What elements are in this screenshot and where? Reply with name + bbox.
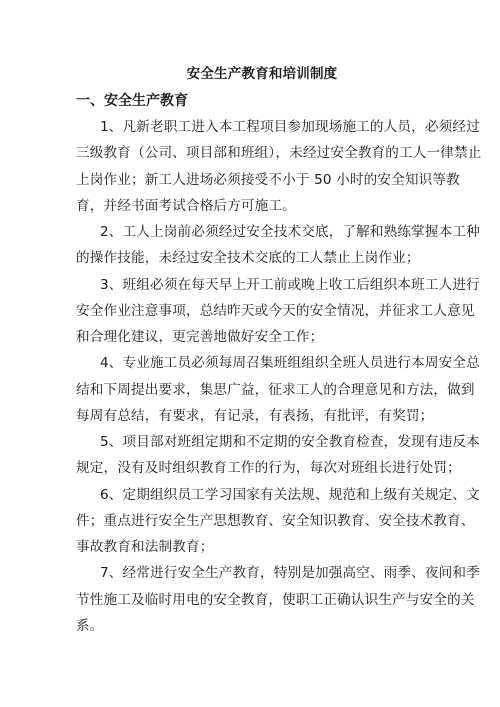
document-body: 1、凡新老职工进入本工程项目参加现场施工的人员，必须经过 三级教育（公司、项目部… [76, 117, 424, 642]
paragraph-line: 和合理化建议，更完善地做好安全工作； [76, 327, 424, 353]
paragraph-line: 事故教育和法制教育； [76, 537, 424, 563]
paragraph-1: 1、凡新老职工进入本工程项目参加现场施工的人员，必须经过 三级教育（公司、项目部… [76, 117, 424, 222]
paragraph-line: 规定，没有及时组织教育工作的行为，每次对班组长进行处罚； [76, 458, 424, 484]
paragraph-7: 7、经常进行安全生产教育，特别是加强高空、雨季、夜间和季 节性施工及临时用电的安… [76, 563, 424, 642]
paragraph-line: 每周有总结，有要求，有记录，有表扬，有批评，有奖罚； [76, 406, 424, 432]
document-title: 安全生产教育和培训制度 [0, 65, 500, 83]
paragraph-line: 育，并经书面考试合格后方可施工。 [76, 196, 424, 222]
paragraph-line: 4、专业施工员必须每周召集班组组织全班人员进行本周安全总 [76, 353, 424, 379]
paragraph-3: 3、班组必须在每天早上开工前或晚上收工后组织本班工人进行 安全作业注意事项，总结… [76, 275, 424, 354]
paragraph-line: 结和下周提出要求，集思广益，征求工人的合理意见和方法，做到 [76, 380, 424, 406]
paragraph-line: 节性施工及临时用电的安全教育，使职工正确认识生产与安全的关 [76, 590, 424, 616]
paragraph-line: 安全作业注意事项，总结昨天或今天的安全情况，并征求工人意见 [76, 301, 424, 327]
paragraph-line: 系。 [76, 616, 424, 642]
paragraph-line: 3、班组必须在每天早上开工前或晚上收工后组织本班工人进行 [76, 275, 424, 301]
paragraph-line: 的操作技能，未经过安全技术交底的工人禁止上岗作业； [76, 248, 424, 274]
paragraph-line: 1、凡新老职工进入本工程项目参加现场施工的人员，必须经过 [76, 117, 424, 143]
paragraph-line: 7、经常进行安全生产教育，特别是加强高空、雨季、夜间和季 [76, 563, 424, 589]
paragraph-line: 2、工人上岗前必须经过安全技术交底，了解和熟练掌握本工种 [76, 222, 424, 248]
paragraph-line: 5、项目部对班组定期和不定期的安全教育检查，发现有违反本 [76, 432, 424, 458]
paragraph-line: 件；重点进行安全生产思想教育、安全知识教育、安全技术教育、 [76, 511, 424, 537]
paragraph-4: 4、专业施工员必须每周召集班组组织全班人员进行本周安全总 结和下周提出要求，集思… [76, 353, 424, 432]
paragraph-2: 2、工人上岗前必须经过安全技术交底，了解和熟练掌握本工种 的操作技能，未经过安全… [76, 222, 424, 275]
paragraph-5: 5、项目部对班组定期和不定期的安全教育检查，发现有违反本 规定，没有及时组织教育… [76, 432, 424, 485]
document-page: 安全生产教育和培训制度 一、安全生产教育 1、凡新老职工进入本工程项目参加现场施… [0, 0, 500, 707]
paragraph-line: 三级教育（公司、项目部和班组），未经过安全教育的工人一律禁止 [76, 143, 424, 169]
paragraph-6: 6、定期组织员工学习国家有关法规、规范和上级有关规定、文 件；重点进行安全生产思… [76, 485, 424, 564]
paragraph-line: 6、定期组织员工学习国家有关法规、规范和上级有关规定、文 [76, 485, 424, 511]
section-heading: 一、安全生产教育 [76, 92, 188, 110]
paragraph-line: 上岗作业；新工人进场必须接受不小于 50 小时的安全知识等教 [76, 170, 424, 196]
